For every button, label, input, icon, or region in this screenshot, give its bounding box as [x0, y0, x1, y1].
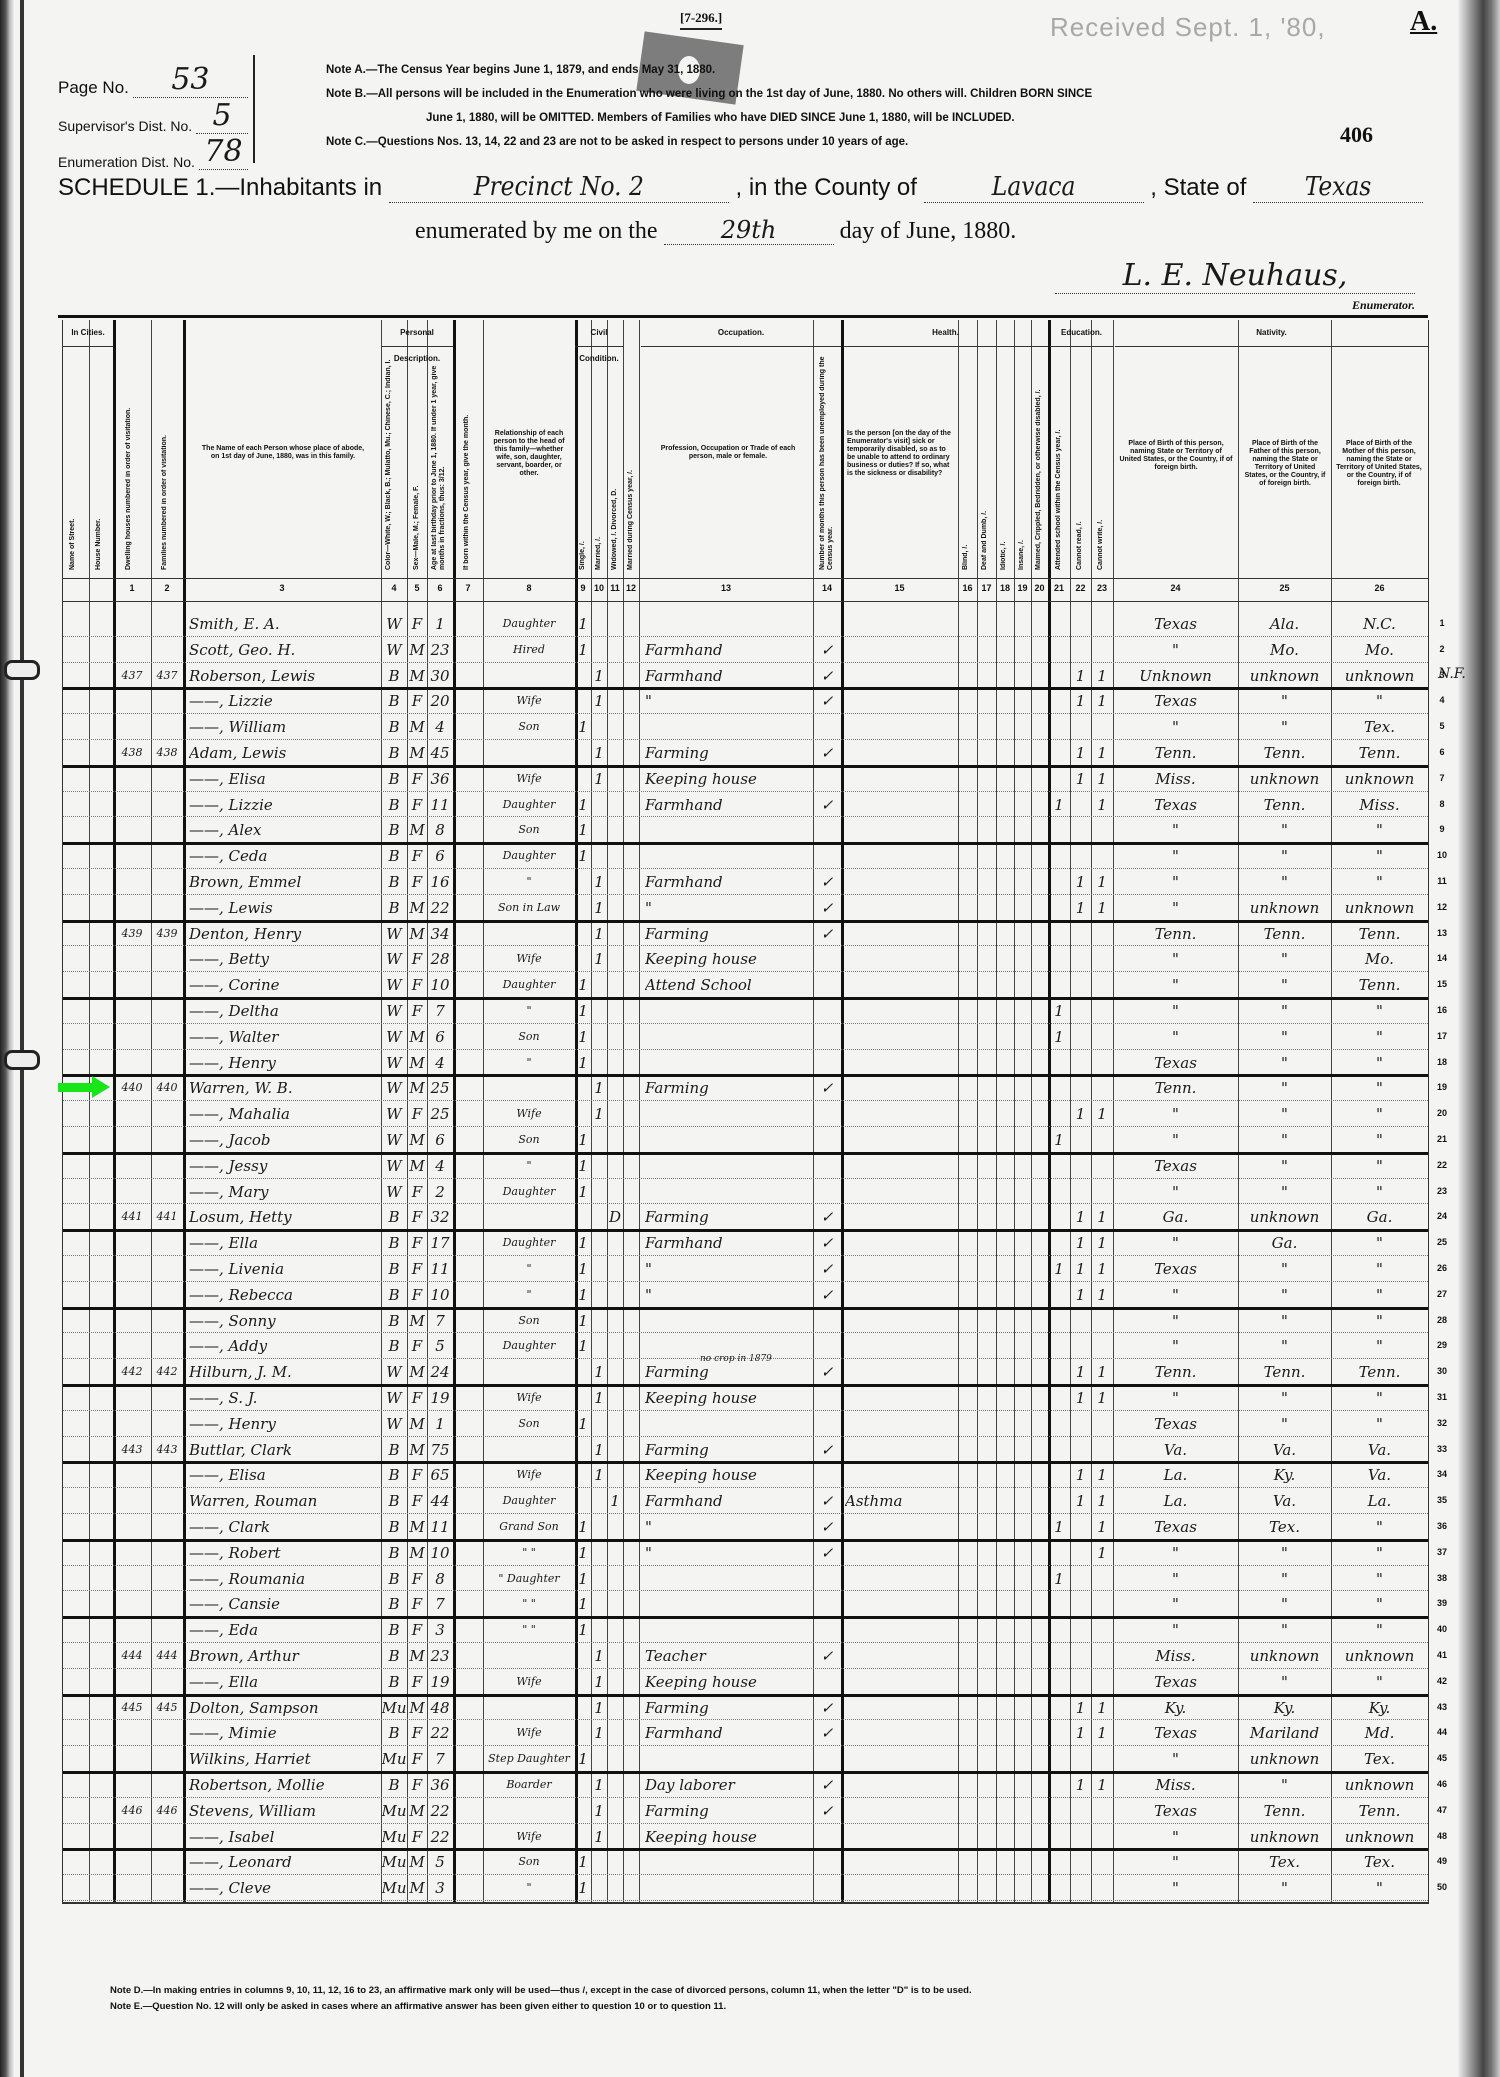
table-row: Smith, E. A. W F 1 Daughter 1 Texas Ala.…: [63, 610, 1428, 637]
married-mark: 1: [591, 688, 607, 712]
birthplace: ": [1113, 1849, 1238, 1873]
cannot-write-mark: [1091, 1643, 1113, 1667]
sickness: [845, 1514, 955, 1538]
birthplace: Texas: [1113, 1411, 1238, 1435]
single-mark: [575, 688, 591, 712]
dwelling-number: [113, 817, 151, 841]
unemployed-mark: ✓: [813, 792, 841, 816]
school-mark: [1048, 1462, 1070, 1486]
line-number: 19: [1432, 1082, 1452, 1092]
sickness: [845, 1540, 955, 1564]
father-birthplace: Ala.: [1238, 611, 1331, 635]
col-num: 6: [427, 583, 453, 593]
relationship: Daughter: [483, 611, 575, 635]
dwelling-number: [113, 998, 151, 1022]
sickness: [845, 1282, 955, 1306]
person-name: ——, Ella: [189, 1669, 379, 1693]
table-row: 437 437 Roberson, Lewis B M 30 1 Farmhan…: [63, 662, 1428, 691]
widowed-mark: [607, 1566, 623, 1590]
relationship: ": [483, 1153, 575, 1177]
table-row: ——, Robert B M 10 " " 1 " ✓ 1 " " ": [63, 1539, 1428, 1566]
mother-birthplace: Tex.: [1331, 1746, 1428, 1770]
family-number: [151, 1050, 183, 1074]
cannot-read-mark: [1070, 1591, 1091, 1615]
widowed-mark: [607, 921, 623, 945]
mother-birthplace: ": [1331, 843, 1428, 867]
person-name: Robertson, Mollie: [189, 1772, 379, 1796]
sickness: [845, 1566, 955, 1590]
cannot-write-mark: [1091, 637, 1113, 661]
occupation: Attend School: [645, 972, 811, 996]
widowed-mark: [607, 1591, 623, 1615]
line-number: 20: [1432, 1108, 1452, 1118]
school-mark: [1048, 1669, 1070, 1693]
family-number: [151, 972, 183, 996]
age: 2: [427, 1179, 453, 1203]
person-name: ——, Ella: [189, 1230, 379, 1254]
table-row: ——, Livenia B F 11 " 1 " ✓ 1 1 1 Texas "…: [63, 1255, 1428, 1282]
birthplace: ": [1113, 998, 1238, 1022]
cannot-write-mark: [1091, 611, 1113, 635]
family-number: [151, 1824, 183, 1848]
married-mark: [591, 1746, 607, 1770]
school-mark: [1048, 1643, 1070, 1667]
single-mark: 1: [575, 843, 591, 867]
school-mark: [1048, 1849, 1070, 1873]
color: Mu: [381, 1695, 407, 1719]
married-mark: 1: [591, 895, 607, 919]
sex: M: [407, 1359, 427, 1383]
age: 25: [427, 1101, 453, 1125]
single-mark: [575, 740, 591, 764]
sex: F: [407, 972, 427, 996]
unemployed-mark: [813, 1411, 841, 1435]
page-binding-edge: [0, 0, 14, 2077]
dwelling-number: [113, 792, 151, 816]
sickness: [845, 1824, 955, 1848]
birthplace: ": [1113, 1617, 1238, 1641]
single-mark: [575, 1643, 591, 1667]
table-row: 441 441 Losum, Hetty B F 32 D Farming ✓ …: [63, 1203, 1428, 1232]
person-name: Denton, Henry: [189, 921, 379, 945]
dwelling-number: [113, 1127, 151, 1151]
birthplace: ": [1113, 817, 1238, 841]
family-number: 438: [151, 740, 183, 764]
color: W: [381, 1359, 407, 1383]
line-number: 36: [1432, 1521, 1452, 1531]
married-mark: [591, 1411, 607, 1435]
color: B: [381, 1282, 407, 1306]
unemployed-mark: [813, 1746, 841, 1770]
family-number: [151, 611, 183, 635]
school-mark: [1048, 1617, 1070, 1641]
family-number: [151, 1514, 183, 1538]
age: 20: [427, 688, 453, 712]
occupation: Farming: [645, 1437, 811, 1461]
relationship: ": [483, 869, 575, 893]
table-row: ——, Leonard Mu M 5 Son 1 " Tex. Tex.: [63, 1848, 1428, 1875]
birthplace: ": [1113, 714, 1238, 738]
single-mark: [575, 1772, 591, 1796]
person-name: Brown, Emmel: [189, 869, 379, 893]
unemployed-mark: ✓: [813, 740, 841, 764]
occupation: Keeping house: [645, 1462, 811, 1486]
dwelling-number: [113, 1050, 151, 1074]
relationship: " Daughter: [483, 1566, 575, 1590]
married-mark: [591, 972, 607, 996]
enumeration-row: Enumeration Dist. No. 78: [58, 134, 248, 170]
cannot-write-mark: 1: [1091, 792, 1113, 816]
col-3: The Name of each Person whose place of a…: [198, 445, 368, 461]
married-mark: 1: [591, 1669, 607, 1693]
birthplace: ": [1113, 869, 1238, 893]
relationship: Wife: [483, 946, 575, 970]
cannot-read-mark: [1070, 1798, 1091, 1822]
unemployed-mark: [813, 1566, 841, 1590]
occupation: ": [645, 1514, 811, 1538]
school-mark: [1048, 740, 1070, 764]
mother-birthplace: ": [1331, 1669, 1428, 1693]
age: 25: [427, 1075, 453, 1099]
widowed-mark: [607, 1333, 623, 1357]
school-mark: [1048, 1101, 1070, 1125]
group-education: Education.: [1050, 320, 1113, 347]
school-mark: [1048, 843, 1070, 867]
unemployed-mark: ✓: [813, 1359, 841, 1383]
relationship: " ": [483, 1617, 575, 1641]
relationship: Daughter: [483, 843, 575, 867]
note-c: Note C.—Questions Nos. 13, 14, 22 and 23…: [326, 130, 1376, 154]
cannot-read-mark: [1070, 1643, 1091, 1667]
unemployed-mark: [813, 1050, 841, 1074]
col-20: Maimed, Crippled, Bedridden, or otherwis…: [1035, 352, 1043, 570]
occupation: Keeping house: [645, 1385, 811, 1409]
sickness: [845, 1256, 955, 1280]
cannot-write-mark: 1: [1091, 740, 1113, 764]
line-number: 31: [1432, 1392, 1452, 1402]
sex: F: [407, 1488, 427, 1512]
mother-birthplace: Mo.: [1331, 637, 1428, 661]
cannot-write-mark: 1: [1091, 1256, 1113, 1280]
color: B: [381, 843, 407, 867]
family-number: [151, 1101, 183, 1125]
father-birthplace: ": [1238, 1566, 1331, 1590]
school-mark: 1: [1048, 998, 1070, 1022]
school-mark: [1048, 1153, 1070, 1177]
sickness: [845, 1359, 955, 1383]
date-suffix: day of June, 1880.: [840, 218, 1017, 244]
sex: M: [407, 1050, 427, 1074]
cannot-read-mark: [1070, 972, 1091, 996]
widowed-mark: [607, 1101, 623, 1125]
birthplace: ": [1113, 895, 1238, 919]
birthplace: La.: [1113, 1488, 1238, 1512]
sickness: [845, 895, 955, 919]
color: B: [381, 792, 407, 816]
page-no-value: 53: [133, 62, 248, 98]
occupation: ": [645, 1540, 811, 1564]
father-birthplace: ": [1238, 1308, 1331, 1332]
enumeration-date: enumerated by me on the 29th day of June…: [415, 216, 1016, 245]
sickness: [845, 998, 955, 1022]
family-number: [151, 1488, 183, 1512]
relationship: Daughter: [483, 792, 575, 816]
mother-birthplace: Miss.: [1331, 792, 1428, 816]
line-number: 25: [1432, 1237, 1452, 1247]
cannot-read-mark: [1070, 1411, 1091, 1435]
family-number: [151, 1411, 183, 1435]
single-mark: 1: [575, 1256, 591, 1280]
relationship: Wife: [483, 1101, 575, 1125]
cannot-read-mark: 1: [1070, 1230, 1091, 1254]
sickness: [845, 1179, 955, 1203]
color: W: [381, 1153, 407, 1177]
color: Mu: [381, 1849, 407, 1873]
married-mark: [591, 1024, 607, 1048]
single-mark: 1: [575, 1153, 591, 1177]
school-mark: [1048, 972, 1070, 996]
col-house: House Number.: [95, 380, 103, 570]
school-mark: [1048, 869, 1070, 893]
single-mark: [575, 1695, 591, 1719]
unemployed-mark: ✓: [813, 1772, 841, 1796]
color: Mu: [381, 1798, 407, 1822]
color: Mu: [381, 1746, 407, 1770]
school-mark: [1048, 1204, 1070, 1228]
table-row: ——, Ceda B F 6 Daughter 1 " " ": [63, 842, 1428, 869]
school-mark: [1048, 1385, 1070, 1409]
line-number: 32: [1432, 1418, 1452, 1428]
dwelling-number: [113, 1411, 151, 1435]
age: 5: [427, 1849, 453, 1873]
person-name: Smith, E. A.: [189, 611, 379, 635]
school-mark: 1: [1048, 1127, 1070, 1151]
cannot-write-mark: 1: [1091, 663, 1113, 687]
father-birthplace: ": [1238, 817, 1331, 841]
sex: M: [407, 663, 427, 687]
father-birthplace: unknown: [1238, 766, 1331, 790]
unemployed-mark: [813, 946, 841, 970]
col-num: 12: [623, 583, 639, 593]
birthplace: Miss.: [1113, 1643, 1238, 1667]
father-birthplace: Va.: [1238, 1437, 1331, 1461]
cannot-write-mark: 1: [1091, 1282, 1113, 1306]
age: 36: [427, 1772, 453, 1796]
father-birthplace: ": [1238, 1772, 1331, 1796]
cannot-read-mark: 1: [1070, 766, 1091, 790]
unemployed-mark: ✓: [813, 663, 841, 687]
cannot-write-mark: 1: [1091, 1695, 1113, 1719]
line-number: 24: [1432, 1211, 1452, 1221]
dwelling-number: [113, 1566, 151, 1590]
family-number: [151, 1385, 183, 1409]
line-number: 45: [1432, 1753, 1452, 1763]
table-row: ——, Walter W M 6 Son 1 1 " " ": [63, 1023, 1428, 1050]
age: 28: [427, 946, 453, 970]
supervisor-label: Supervisor's Dist. No.: [58, 118, 192, 134]
school-mark: [1048, 1540, 1070, 1564]
school-mark: [1048, 895, 1070, 919]
cannot-write-mark: 1: [1091, 1204, 1113, 1228]
mother-birthplace: ": [1331, 1308, 1428, 1332]
color: B: [381, 1204, 407, 1228]
widowed-mark: [607, 1824, 623, 1848]
form-code: [7-296.]: [680, 10, 722, 30]
cannot-write-mark: 1: [1091, 1540, 1113, 1564]
father-birthplace: ": [1238, 1101, 1331, 1125]
single-mark: 1: [575, 1746, 591, 1770]
family-number: [151, 1230, 183, 1254]
dwelling-number: [113, 869, 151, 893]
father-birthplace: ": [1238, 1591, 1331, 1615]
table-row: ——, Sonny B M 7 Son 1 " " ": [63, 1307, 1428, 1334]
occupation: [645, 1875, 811, 1899]
widowed-mark: [607, 1075, 623, 1099]
relationship: ": [483, 1875, 575, 1899]
unemployed-mark: ✓: [813, 1514, 841, 1538]
cannot-write-mark: [1091, 1179, 1113, 1203]
mother-birthplace: ": [1331, 1591, 1428, 1615]
sex: F: [407, 1385, 427, 1409]
district-info: Page No. 53 Supervisor's Dist. No. 5 Enu…: [58, 62, 248, 170]
unemployed-mark: [813, 843, 841, 867]
sickness: [845, 1308, 955, 1332]
cannot-read-mark: [1070, 1746, 1091, 1770]
cannot-write-mark: 1: [1091, 1772, 1113, 1796]
single-mark: [575, 869, 591, 893]
table-row: ——, Eda B F 3 " " 1 " " ": [63, 1616, 1428, 1643]
occupation: ": [645, 1282, 811, 1306]
person-name: ——, Walter: [189, 1024, 379, 1048]
widowed-mark: [607, 1462, 623, 1486]
dwelling-number: [113, 1514, 151, 1538]
relationship: [483, 1075, 575, 1099]
table-row: ——, Alex B M 8 Son 1 " " ": [63, 816, 1428, 845]
age: 4: [427, 1050, 453, 1074]
school-mark: [1048, 1308, 1070, 1332]
col-num: 1: [113, 583, 151, 593]
occupation: Farmhand: [645, 1488, 811, 1512]
cannot-write-mark: [1091, 1746, 1113, 1770]
relationship: Son: [483, 714, 575, 738]
cannot-read-mark: [1070, 1540, 1091, 1564]
line-number: 34: [1432, 1469, 1452, 1479]
age: 8: [427, 1566, 453, 1590]
birthplace: ": [1113, 1282, 1238, 1306]
married-mark: 1: [591, 766, 607, 790]
occupation: ": [645, 688, 811, 712]
married-mark: [591, 1488, 607, 1512]
line-number: 29: [1432, 1340, 1452, 1350]
widowed-mark: [607, 817, 623, 841]
father-birthplace: Va.: [1238, 1488, 1331, 1512]
col-8: Relationship of each person to the head …: [487, 430, 571, 478]
family-number: [151, 1617, 183, 1641]
page-no-label: Page No.: [58, 78, 129, 98]
table-row: ——, Mimie B F 22 Wife 1 Farmhand ✓ 1 1 T…: [63, 1719, 1428, 1746]
cannot-read-mark: [1070, 714, 1091, 738]
widowed-mark: [607, 1695, 623, 1719]
father-birthplace: ": [1238, 1127, 1331, 1151]
table-row: ——, Elisa B F 65 Wife 1 Keeping house 1 …: [63, 1461, 1428, 1488]
birthplace: ": [1113, 1179, 1238, 1203]
mother-birthplace: ": [1331, 688, 1428, 712]
age: 22: [427, 895, 453, 919]
unemployed-mark: ✓: [813, 895, 841, 919]
color: W: [381, 998, 407, 1022]
married-mark: 1: [591, 1437, 607, 1461]
line-number: 15: [1432, 979, 1452, 989]
occupation: Keeping house: [645, 766, 811, 790]
single-mark: 1: [575, 972, 591, 996]
occupation: [645, 611, 811, 635]
line-number: 13: [1432, 928, 1452, 938]
sickness: [845, 637, 955, 661]
mother-birthplace: Ga.: [1331, 1204, 1428, 1228]
married-mark: [591, 843, 607, 867]
col-num: 13: [639, 583, 813, 593]
line-number: 33: [1432, 1444, 1452, 1454]
dwelling-number: [113, 1333, 151, 1357]
single-mark: [575, 1075, 591, 1099]
married-mark: 1: [591, 1359, 607, 1383]
color: B: [381, 1566, 407, 1590]
cannot-write-mark: [1091, 714, 1113, 738]
table-row: ——, Roumania B F 8 " Daughter 1 1 " " ": [63, 1565, 1428, 1592]
sickness: [845, 1411, 955, 1435]
married-mark: [591, 1875, 607, 1899]
birthplace: ": [1113, 1024, 1238, 1048]
age: 3: [427, 1617, 453, 1641]
person-name: Hilburn, J. M.: [189, 1359, 379, 1383]
birthplace: Texas: [1113, 1514, 1238, 1538]
relationship: Son: [483, 1024, 575, 1048]
binding-ring: [4, 1050, 40, 1070]
unemployed-mark: ✓: [813, 1488, 841, 1512]
married-mark: 1: [591, 1643, 607, 1667]
sickness: [845, 1772, 955, 1796]
color: B: [381, 663, 407, 687]
col-6: Age at last birthday prior to June 1, 18…: [431, 352, 449, 570]
dwelling-number: [113, 611, 151, 635]
county-value: Lavaca: [924, 172, 1144, 203]
cannot-read-mark: 1: [1070, 688, 1091, 712]
mother-birthplace: ": [1331, 1024, 1428, 1048]
relationship: Wife: [483, 1385, 575, 1409]
married-mark: [591, 1282, 607, 1306]
cannot-write-mark: [1091, 1617, 1113, 1641]
family-number: [151, 766, 183, 790]
mother-birthplace: ": [1331, 1566, 1428, 1590]
table-row: ——, Elisa B F 36 Wife 1 Keeping house 1 …: [63, 765, 1428, 792]
age: 11: [427, 792, 453, 816]
cannot-write-mark: [1091, 843, 1113, 867]
family-number: [151, 1566, 183, 1590]
col-num: 25: [1238, 583, 1331, 593]
sex: F: [407, 1720, 427, 1744]
dwelling-number: [113, 895, 151, 919]
family-number: [151, 1024, 183, 1048]
col-17: Deaf and Dumb, /.: [981, 470, 989, 570]
mother-birthplace: ": [1331, 1101, 1428, 1125]
col-26: Place of Birth of the Mother of this per…: [1335, 440, 1423, 488]
table-row: ——, Henry W M 1 Son 1 Texas " ": [63, 1410, 1428, 1437]
schedule-title: SCHEDULE 1.—Inhabitants in Precinct No. …: [58, 172, 1423, 203]
table-row: ——, Jacob W M 6 Son 1 1 " " ": [63, 1126, 1428, 1155]
age: 7: [427, 1746, 453, 1770]
col-num: 26: [1331, 583, 1428, 593]
table-row: ——, Clark B M 11 Grand Son 1 " ✓ 1 1 Tex…: [63, 1513, 1428, 1542]
